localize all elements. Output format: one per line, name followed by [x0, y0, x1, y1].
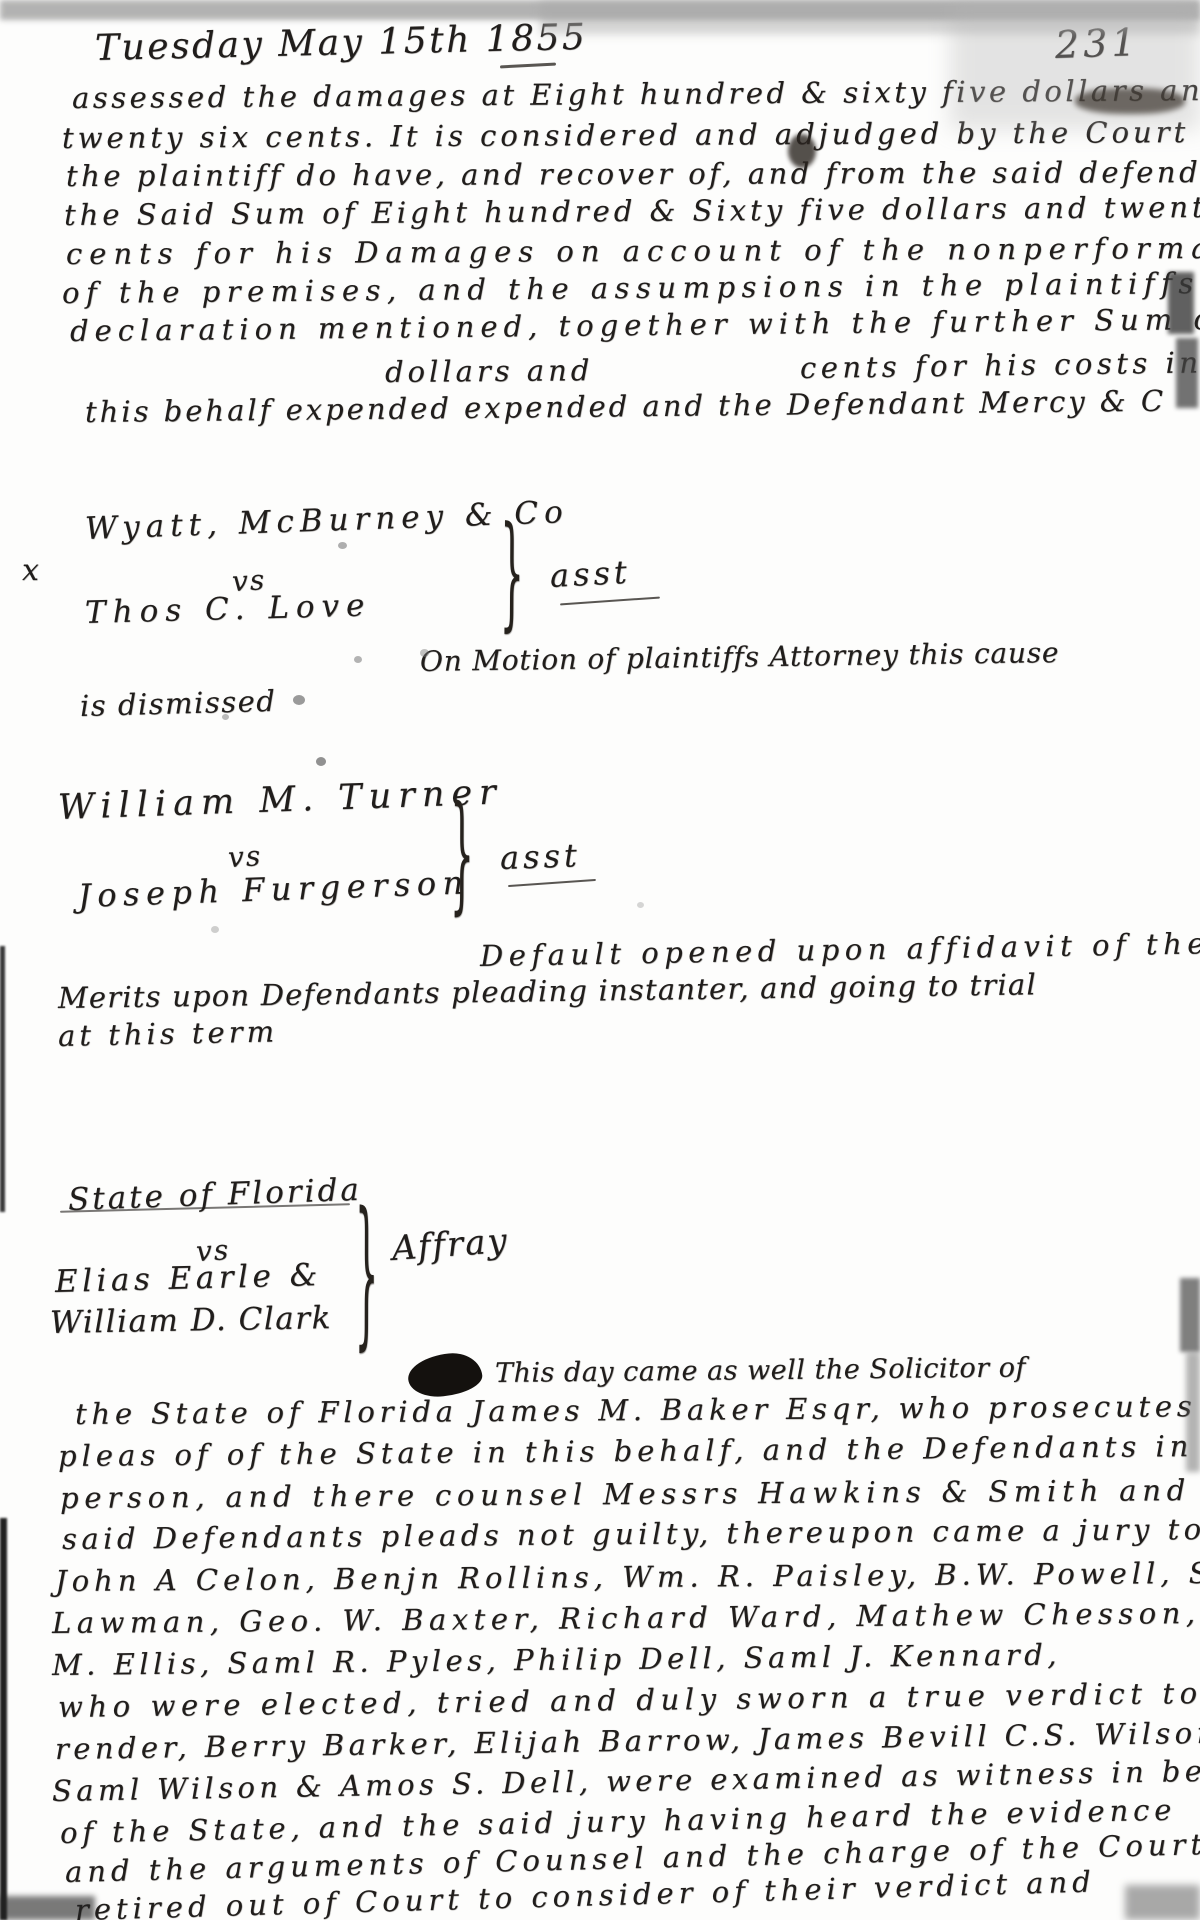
scan-artifact-left-bar — [0, 1518, 7, 1920]
judgment-blank-line-part1: dollars and — [385, 354, 594, 389]
scan-artifact-ink-smudge — [1075, 88, 1185, 114]
case-plaintiff: William M. Turner — [57, 772, 503, 828]
scan-artifact-ink-smudge — [788, 134, 816, 168]
case-versus: vs — [227, 840, 263, 874]
case-defendant: Elias Earle & — [55, 1258, 323, 1301]
case-order-line: is dismissed — [80, 685, 277, 723]
judgment-blank-line-part2: cents for his costs in — [800, 346, 1200, 385]
case-defendant: Joseph Furgerson — [77, 864, 470, 914]
case-cause-label: asst — [549, 554, 632, 595]
case-order-line: On Motion of plaintiffs Attorney this ca… — [420, 637, 1060, 678]
ink-spot — [211, 926, 219, 933]
judgment-line: cents for his Damages on account of the … — [66, 232, 1200, 272]
case-brace: } — [450, 792, 474, 920]
cause-flourish — [560, 597, 660, 606]
ink-spot — [637, 902, 644, 908]
case-plaintiff: Wyatt, McBurney & Co — [84, 495, 569, 548]
case-order-line: at this term — [58, 1015, 279, 1053]
ink-blot — [406, 1350, 484, 1400]
case-order-line: person, and there counsel Messrs Hawkins… — [60, 1474, 1200, 1516]
scan-artifact-left-bar — [0, 946, 5, 1212]
ink-spot — [316, 757, 326, 766]
margin-x-mark: x — [22, 554, 39, 589]
case-order-line: Merits upon Defendants pleading instante… — [58, 968, 1037, 1015]
court-minute-book-page: Tuesday May 15th 1855 231 assessed the d… — [0, 0, 1200, 1920]
case-order-line: This day came as well the Solicitor of — [495, 1352, 1026, 1389]
case-defendant: Thos C. Love — [85, 589, 372, 632]
case-brace: } — [355, 1190, 379, 1352]
ink-spot — [420, 649, 429, 657]
heading-flourish — [500, 63, 556, 69]
case-order-line: the State of Florida James M. Baker Esqr… — [75, 1390, 1200, 1432]
case-order-line: M. Ellis, Saml R. Pyles, Philip Dell, Sa… — [52, 1638, 1061, 1682]
judgment-closing-line: this behalf expended expended and the De… — [85, 385, 1166, 430]
ink-spot — [354, 656, 362, 663]
scan-artifact-right-streak — [1168, 272, 1194, 334]
ink-spot — [222, 714, 229, 720]
case-cause-label: Affray — [391, 1222, 510, 1269]
case-order-line: who were elected, tried and duly sworn a… — [58, 1677, 1200, 1724]
case-order-line: Lawman, Geo. W. Baxter, Richard Ward, Ma… — [52, 1596, 1200, 1640]
case-cause-label: asst — [499, 837, 581, 877]
ink-spot — [338, 542, 347, 549]
case-plaintiff: State of Florida — [67, 1173, 362, 1219]
case-order-line: Default opened upon affidavit of the — [480, 927, 1200, 973]
judgment-line: the plaintiff do have, and recover of, a… — [66, 156, 1200, 194]
judgment-line: declaration mentioned, together with the… — [70, 303, 1200, 349]
scan-artifact-right-streak — [1176, 338, 1198, 408]
scan-artifact-bottom-left — [0, 1896, 95, 1920]
case-order-line: said Defendants pleads not guilty, there… — [62, 1512, 1200, 1556]
judgment-line: the Said Sum of Eight hundred & Sixty fi… — [64, 190, 1200, 232]
scan-artifact-bottom-right — [1125, 1885, 1200, 1920]
case-order-line: John A Celon, Benjn Rollins, Wm. R. Pais… — [55, 1556, 1200, 1598]
cause-flourish — [508, 879, 596, 887]
scan-artifact-right-streak — [1186, 1352, 1200, 1472]
ink-spot — [293, 695, 305, 705]
case-defendant: William D. Clark — [50, 1301, 332, 1342]
scan-artifact-right-streak — [1180, 1278, 1200, 1352]
case-order-line: pleas of of the State in this behalf, an… — [58, 1430, 1194, 1473]
case-brace: } — [500, 513, 524, 638]
date-heading: Tuesday May 15th 1855 — [95, 17, 588, 70]
